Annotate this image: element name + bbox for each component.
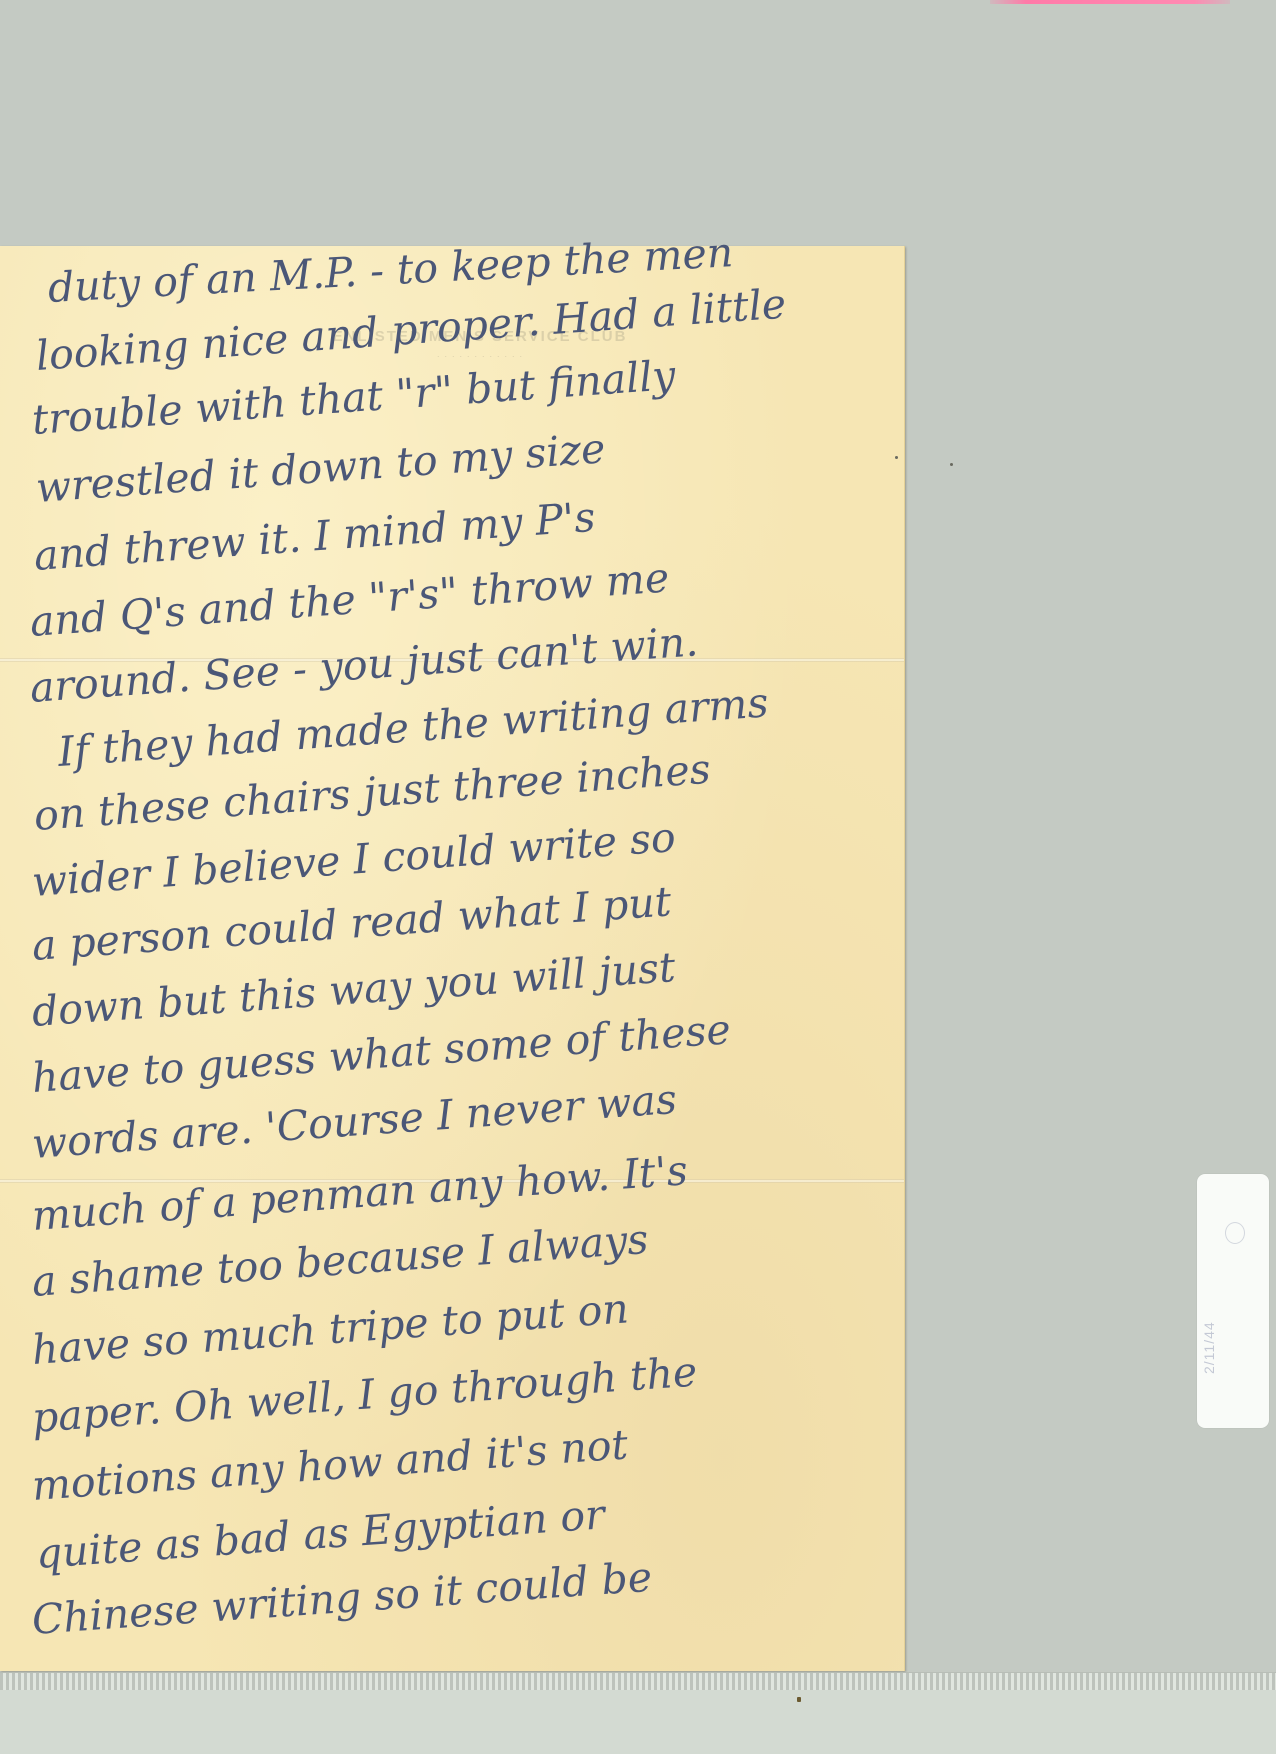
archive-tab-label: 2/11/44 xyxy=(1197,1174,1269,1428)
label-date-text: 2/11/44 xyxy=(1201,1254,1217,1374)
debris-speck xyxy=(797,1697,801,1702)
label-circle-mark-icon xyxy=(1225,1222,1245,1244)
paper-speck xyxy=(895,456,898,459)
background-speck xyxy=(950,463,953,466)
letter-page: ENLISTED MEN'S SERVICE CLUB · · · · · · … xyxy=(0,246,905,1671)
scanner-pink-strip xyxy=(990,0,1230,4)
scanner-background-lower xyxy=(0,1690,1276,1754)
